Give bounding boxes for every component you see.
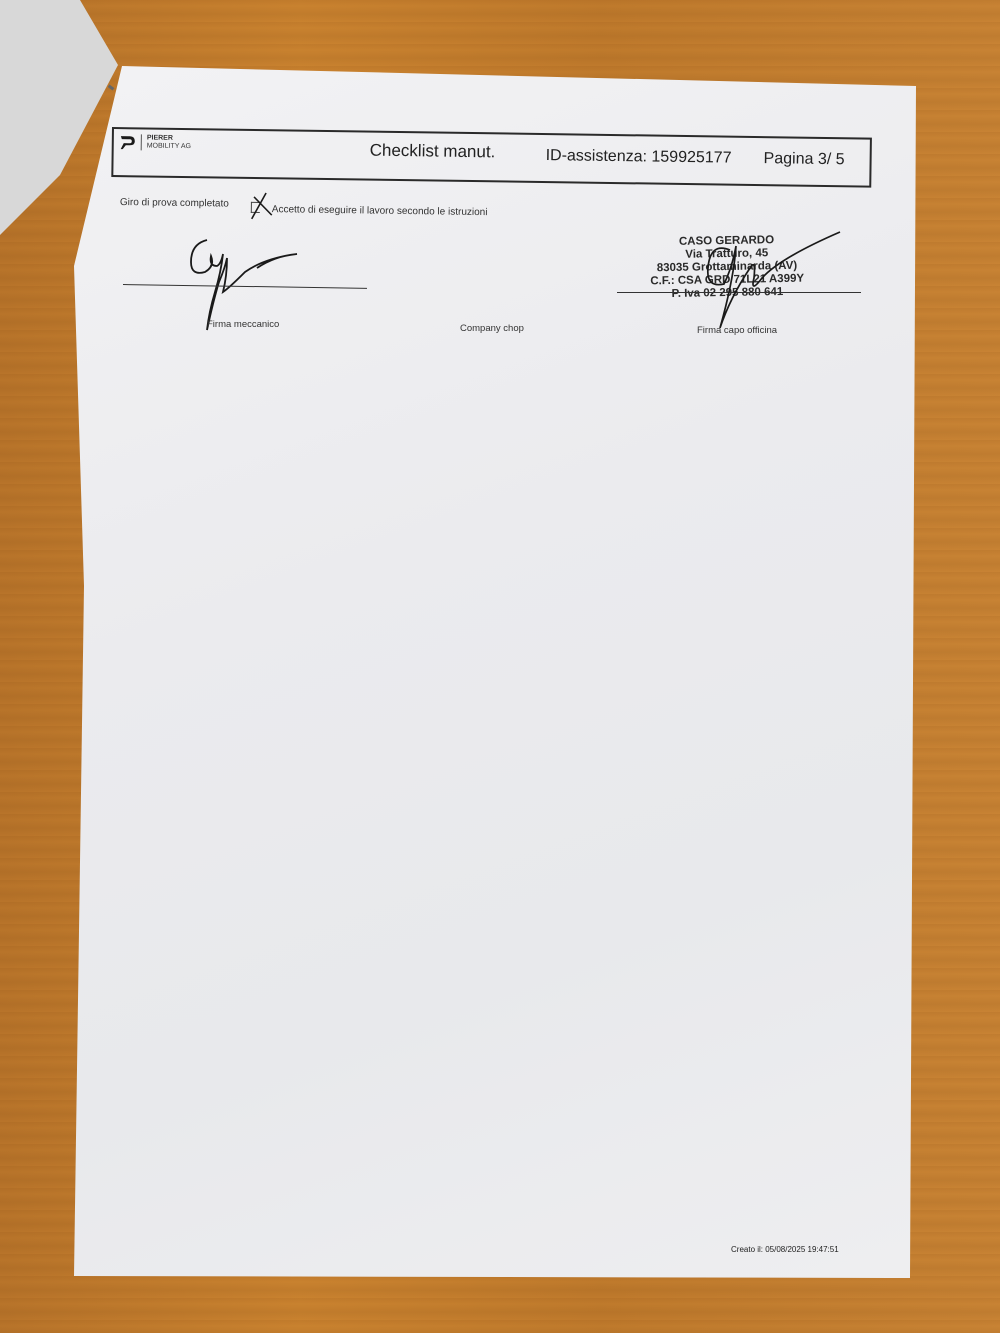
service-id: ID-assistenza: 159925177 — [546, 147, 732, 168]
document-header: PIERER MOBILITY AG Checklist manut. ID-a… — [111, 127, 872, 188]
document-title: Checklist manut. — [370, 141, 496, 163]
pierer-mobility-logo: PIERER MOBILITY AG — [120, 134, 191, 151]
brand-line-2: MOBILITY AG — [147, 142, 191, 151]
pierer-logo-icon — [120, 134, 136, 150]
workshop-manager-signature-caption: Firma capo officina — [697, 325, 777, 336]
brand-name: PIERER MOBILITY AG — [147, 134, 191, 151]
logo-divider — [141, 134, 142, 150]
page-number: Pagina 3/ 5 — [763, 150, 844, 169]
created-timestamp: Creato il: 05/08/2025 19:47:51 — [731, 1245, 839, 1254]
handwritten-x-mark-icon — [248, 191, 274, 224]
mechanic-signature-caption: Firma meccanico — [207, 319, 279, 330]
test-ride-label: Giro di prova completato — [120, 197, 229, 210]
company-chop-caption: Company chop — [460, 323, 524, 334]
